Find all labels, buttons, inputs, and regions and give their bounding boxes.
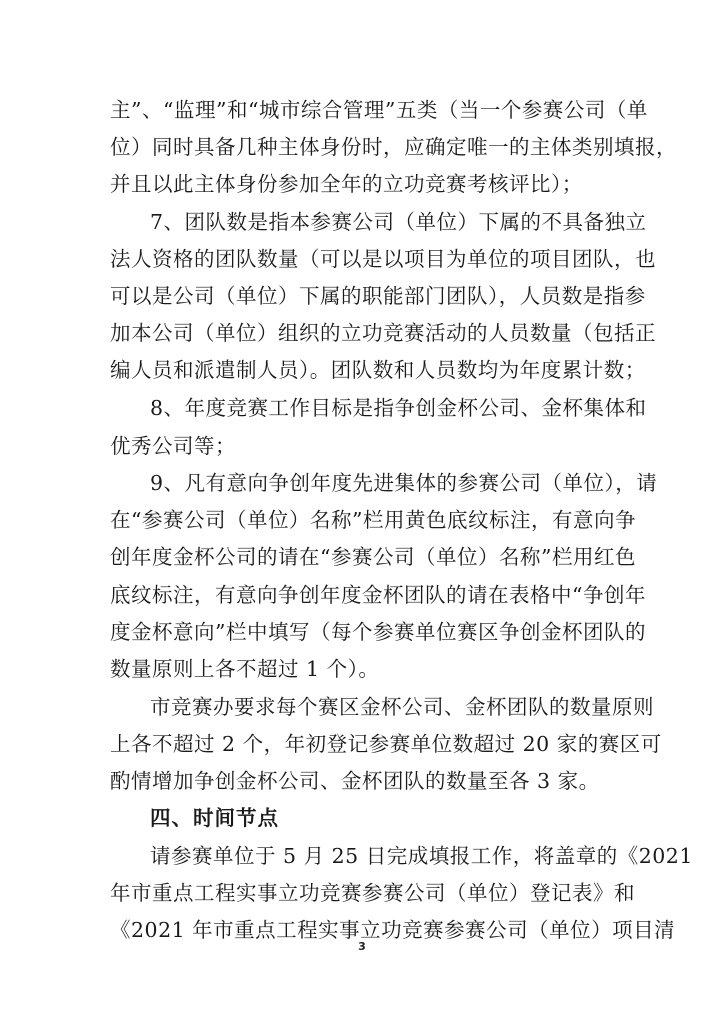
body-line: 数量原则上各不超过 1 个）。	[110, 654, 610, 684]
body-line: 酌情增加争创金杯公司、金杯团队的数量至各 3 家。	[110, 766, 610, 796]
item-7-line: 7、团队数是指本参赛公司（单位）下属的不具备独立	[150, 207, 610, 237]
body-line: 在“参赛公司（单位）名称”栏用黄色底纹标注，有意向争	[110, 505, 610, 535]
paragraph-line: 市竞赛办要求每个赛区金杯公司、金杯团队的数量原则	[150, 692, 610, 722]
body-line: 底纹标注，有意向争创年度金杯团队的请在表格中“争创年	[110, 580, 610, 610]
body-line: 法人资格的团队数量（可以是以项目为单位的项目团队，也	[110, 244, 610, 274]
body-line: 优秀公司等；	[110, 431, 610, 461]
body-line: 编人员和派遣制人员）。团队数和人员数均为年度累计数；	[110, 355, 610, 385]
page-number: 3	[356, 940, 368, 953]
section-heading: 四、时间节点	[150, 803, 279, 833]
body-line: 并且以此主体身份参加全年的立功竞赛考核评比）；	[110, 169, 610, 199]
body-line: 主”、“监理”和“城市综合管理”五类（当一个参赛公司（单	[110, 95, 610, 125]
item-8-line: 8、年度竞赛工作目标是指争创金杯公司、金杯集体和	[150, 393, 610, 423]
body-line: 度金杯意向”栏中填写（每个参赛单位赛区争创金杯团队的	[110, 617, 610, 647]
item-9-line: 9、凡有意向争创年度先进集体的参赛公司（单位），请	[150, 468, 610, 498]
document-page: 主”、“监理”和“城市综合管理”五类（当一个参赛公司（单 位）同时具备几种主体身…	[0, 0, 724, 1024]
body-line: 加本公司（单位）组织的立功竞赛活动的人员数量（包括正	[110, 318, 610, 348]
body-line: 创年度金杯公司的请在“参赛公司（单位）名称”栏用红色	[110, 542, 610, 572]
body-line: 可以是公司（单位）下属的职能部门团队），人员数是指参	[110, 281, 610, 311]
body-line: 上各不超过 2 个，年初登记参赛单位数超过 20 家的赛区可	[110, 729, 610, 759]
paragraph-line: 请参赛单位于 5 月 25 日完成填报工作，将盖章的《2021	[150, 841, 610, 871]
body-line: 位）同时具备几种主体身份时，应确定唯一的主体类别填报，	[110, 132, 610, 162]
body-line: 年市重点工程实事立功竞赛参赛公司（单位）登记表》和	[110, 878, 610, 908]
